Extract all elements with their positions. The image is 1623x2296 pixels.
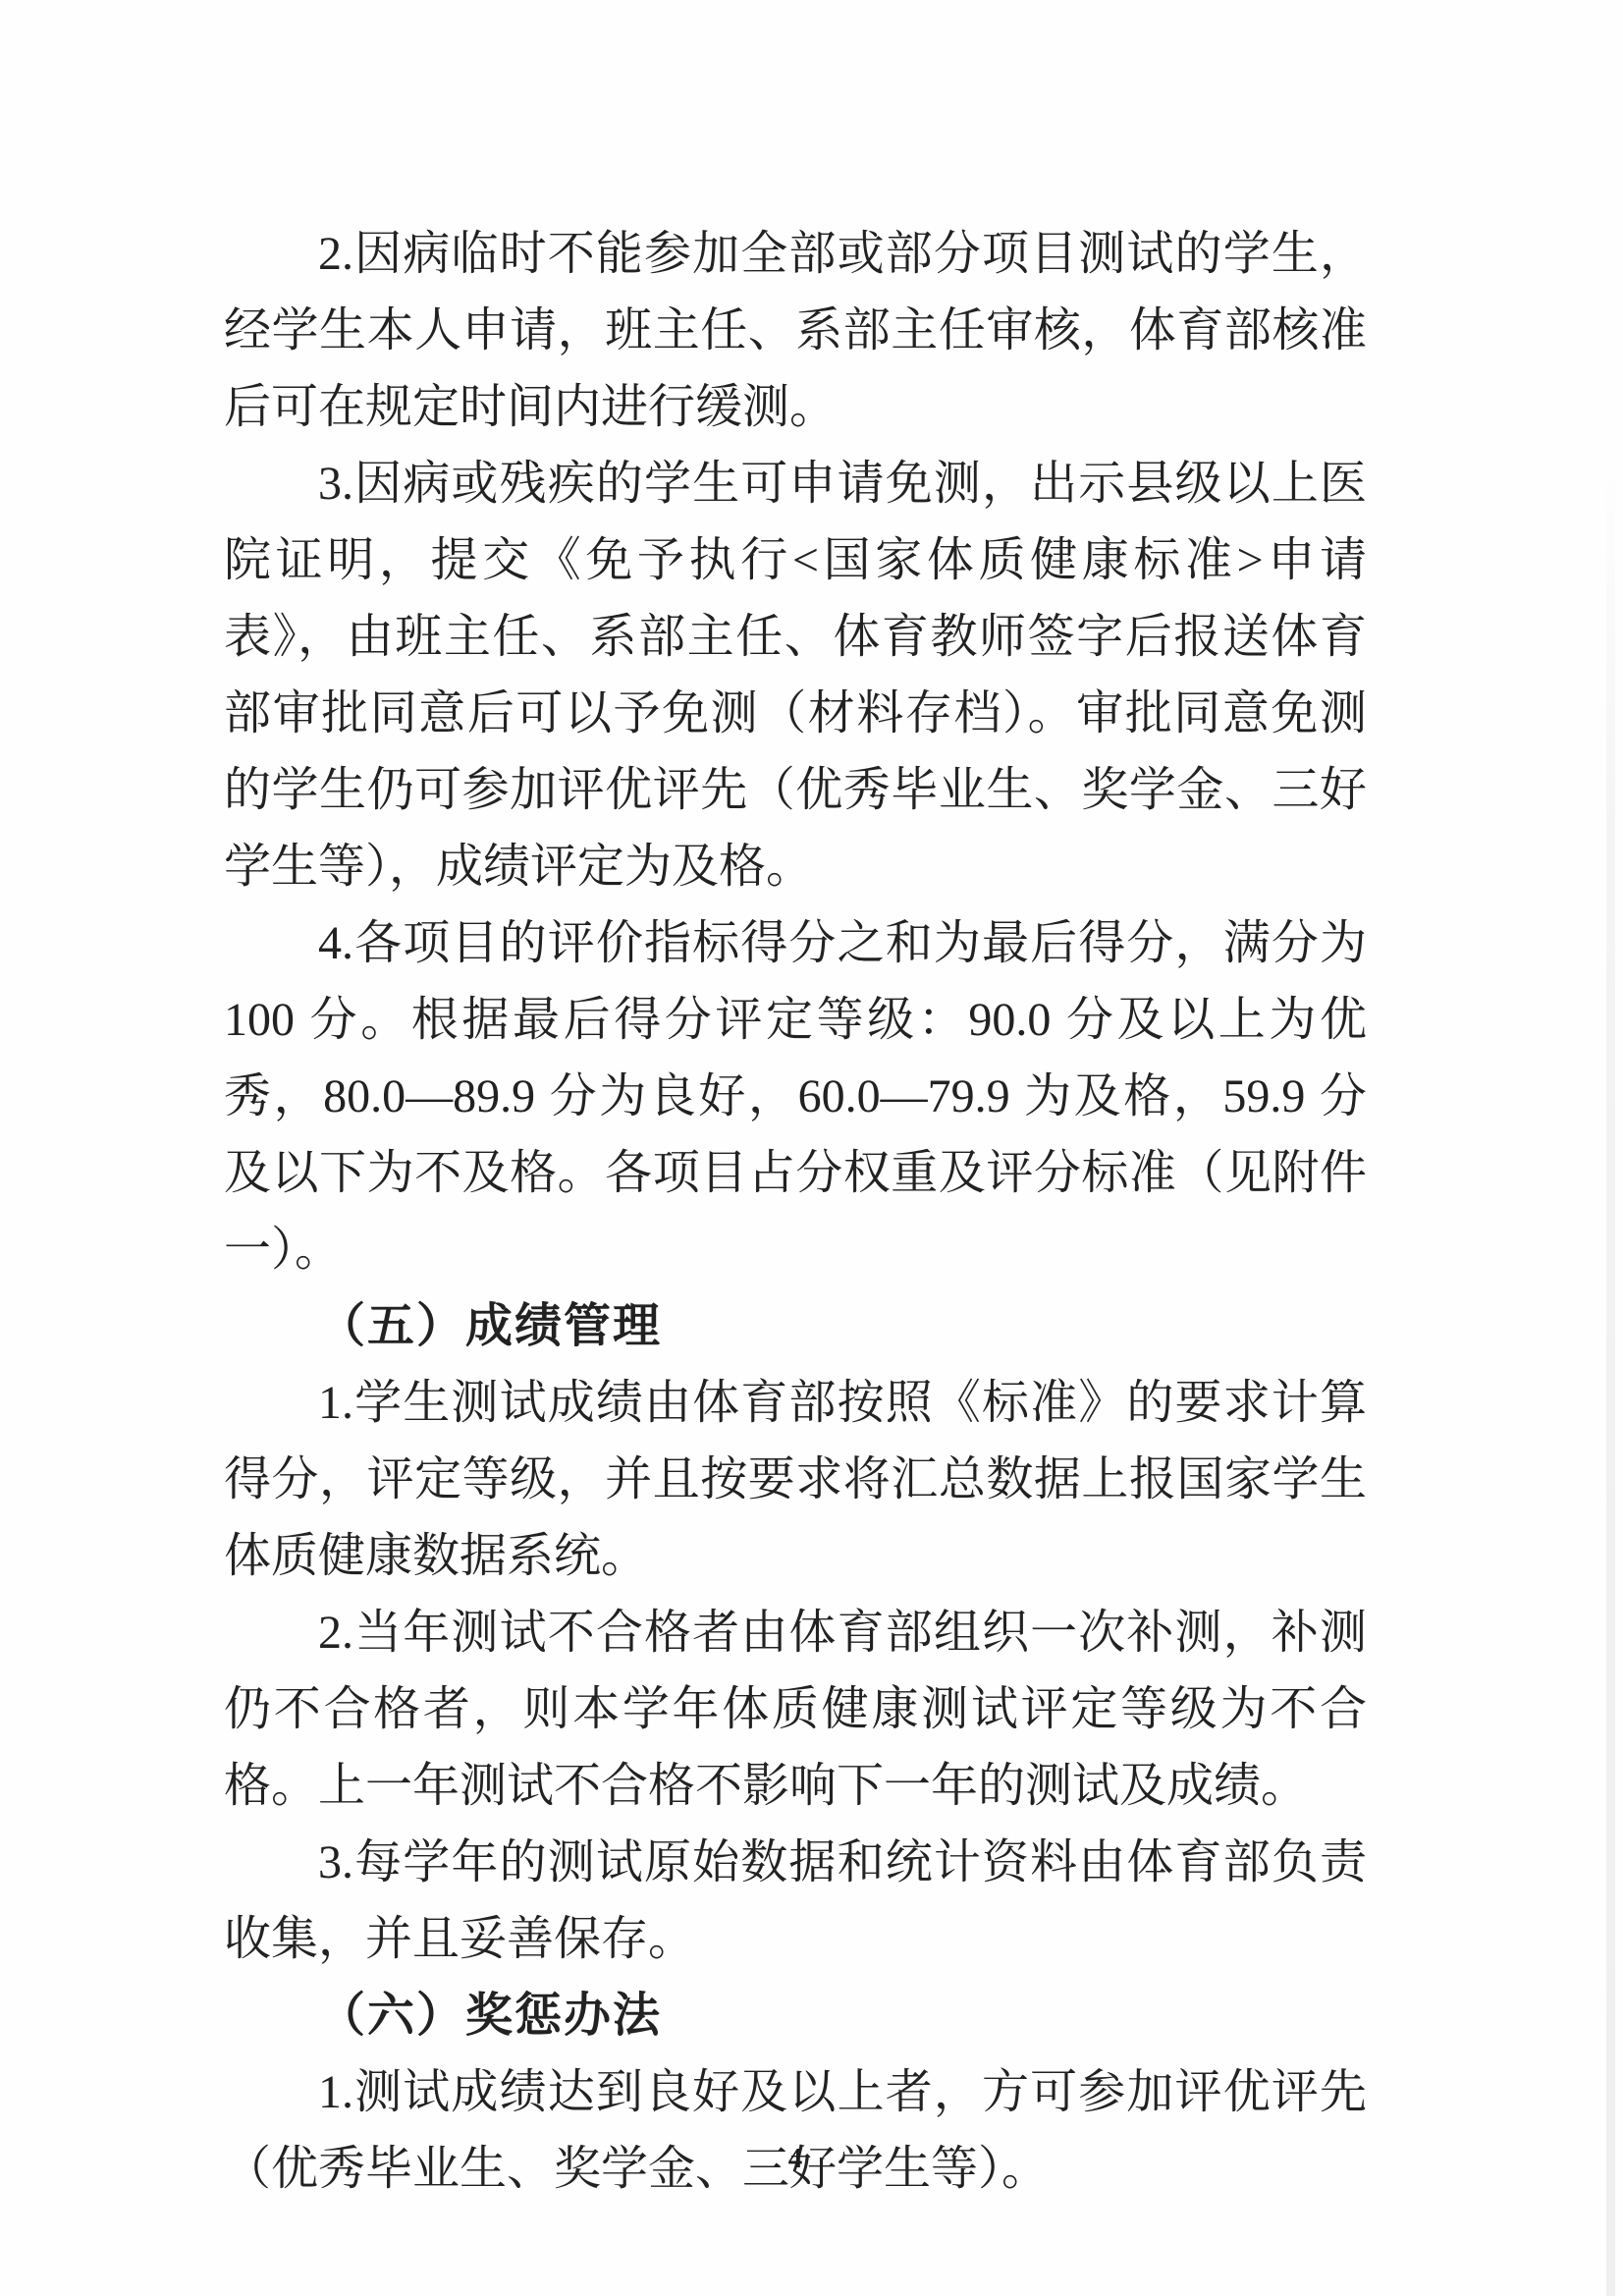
page-number: 4 — [788, 2143, 803, 2174]
paragraph-score-calculation-reporting: 1.学生测试成绩由体育部按照《标准》的要求计算得分，评定等级，并且按要求将汇总数… — [224, 1365, 1367, 1595]
scan-artifact-streak — [1606, 462, 1615, 2296]
paragraph-award-eligibility: 1.测试成绩达到良好及以上者，方可参加评优评先（优秀毕业生、奖学金、三好学生等）… — [224, 2054, 1367, 2208]
heading-section-5-score-management: （五）成绩管理 — [224, 1288, 1367, 1365]
paragraph-retest-for-failing: 2.当年测试不合格者由体育部组织一次补测，补测仍不合格者，则本学年体质健康测试评… — [224, 1595, 1367, 1825]
paragraph-test-exemption-application: 3.因病或残疾的学生可申请免测，出示县级以上医院证明，提交《免予执行<国家体质健… — [224, 446, 1367, 905]
paragraph-scoring-and-grade-levels: 4.各项目的评价指标得分之和为最后得分，满分为 100 分。根据最后得分评定等级… — [224, 905, 1367, 1288]
page-footer: 4 — [224, 2144, 1367, 2173]
paragraph-data-collection-archive: 3.每学年的测试原始数据和统计资料由体育部负责收集，并且妥善保存。 — [224, 1825, 1367, 1978]
document-body: 2.因病临时不能参加全部或部分项目测试的学生，经学生本人申请，班主任、系部主任审… — [224, 216, 1367, 2208]
heading-section-6-reward-punishment: （六）奖惩办法 — [224, 1978, 1367, 2054]
paragraph-deferred-test-for-illness: 2.因病临时不能参加全部或部分项目测试的学生，经学生本人申请，班主任、系部主任审… — [224, 216, 1367, 446]
document-page: 2.因病临时不能参加全部或部分项目测试的学生，经学生本人申请，班主任、系部主任审… — [0, 0, 1623, 2296]
